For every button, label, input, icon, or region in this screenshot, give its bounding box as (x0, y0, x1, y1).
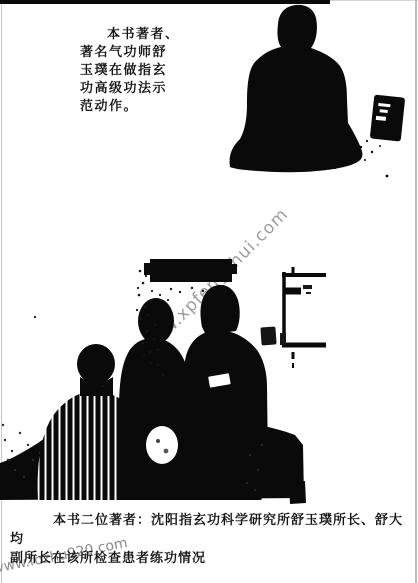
caption-line: 玉璞在做指玄 (80, 61, 212, 79)
meditating-figure-silhouette (230, 5, 363, 172)
scanned-book-page: 本书著者、 著名气功师舒 玉璞在做指玄 功高级功法示 范动作。 (0, 0, 418, 583)
meditation-demo-photo (215, 0, 418, 180)
bottom-right-blob (289, 481, 306, 504)
inspection-group-photo (0, 255, 340, 505)
caption-line: 范动作。 (80, 97, 212, 115)
white-object (146, 426, 178, 464)
caption-line: 本书二位著者：沈阳指玄功科学研究所舒玉璞所长、舒大均 (10, 510, 406, 548)
wall-box (260, 326, 276, 345)
left-person-head (77, 344, 115, 384)
top-photo-caption: 本书著者、 著名气功师舒 玉璞在做指玄 功高级功法示 范动作。 (80, 25, 212, 115)
right-person-back (183, 330, 268, 500)
small-object-silhouette (370, 95, 405, 142)
bottom-photo-caption: 本书二位著者：沈阳指玄功科学研究所舒玉璞所长、舒大均 副所长在该所检查患者练功情… (10, 510, 406, 567)
caption-line: 本书著者、 (80, 25, 212, 43)
wall-frame-stand (282, 267, 326, 368)
caption-line: 著名气功师舒 (80, 43, 212, 61)
middle-person-back (118, 338, 192, 500)
caption-line: 功高级功法示 (80, 79, 212, 97)
caption-line: 副所长在该所检查患者练功情况 (10, 548, 406, 567)
